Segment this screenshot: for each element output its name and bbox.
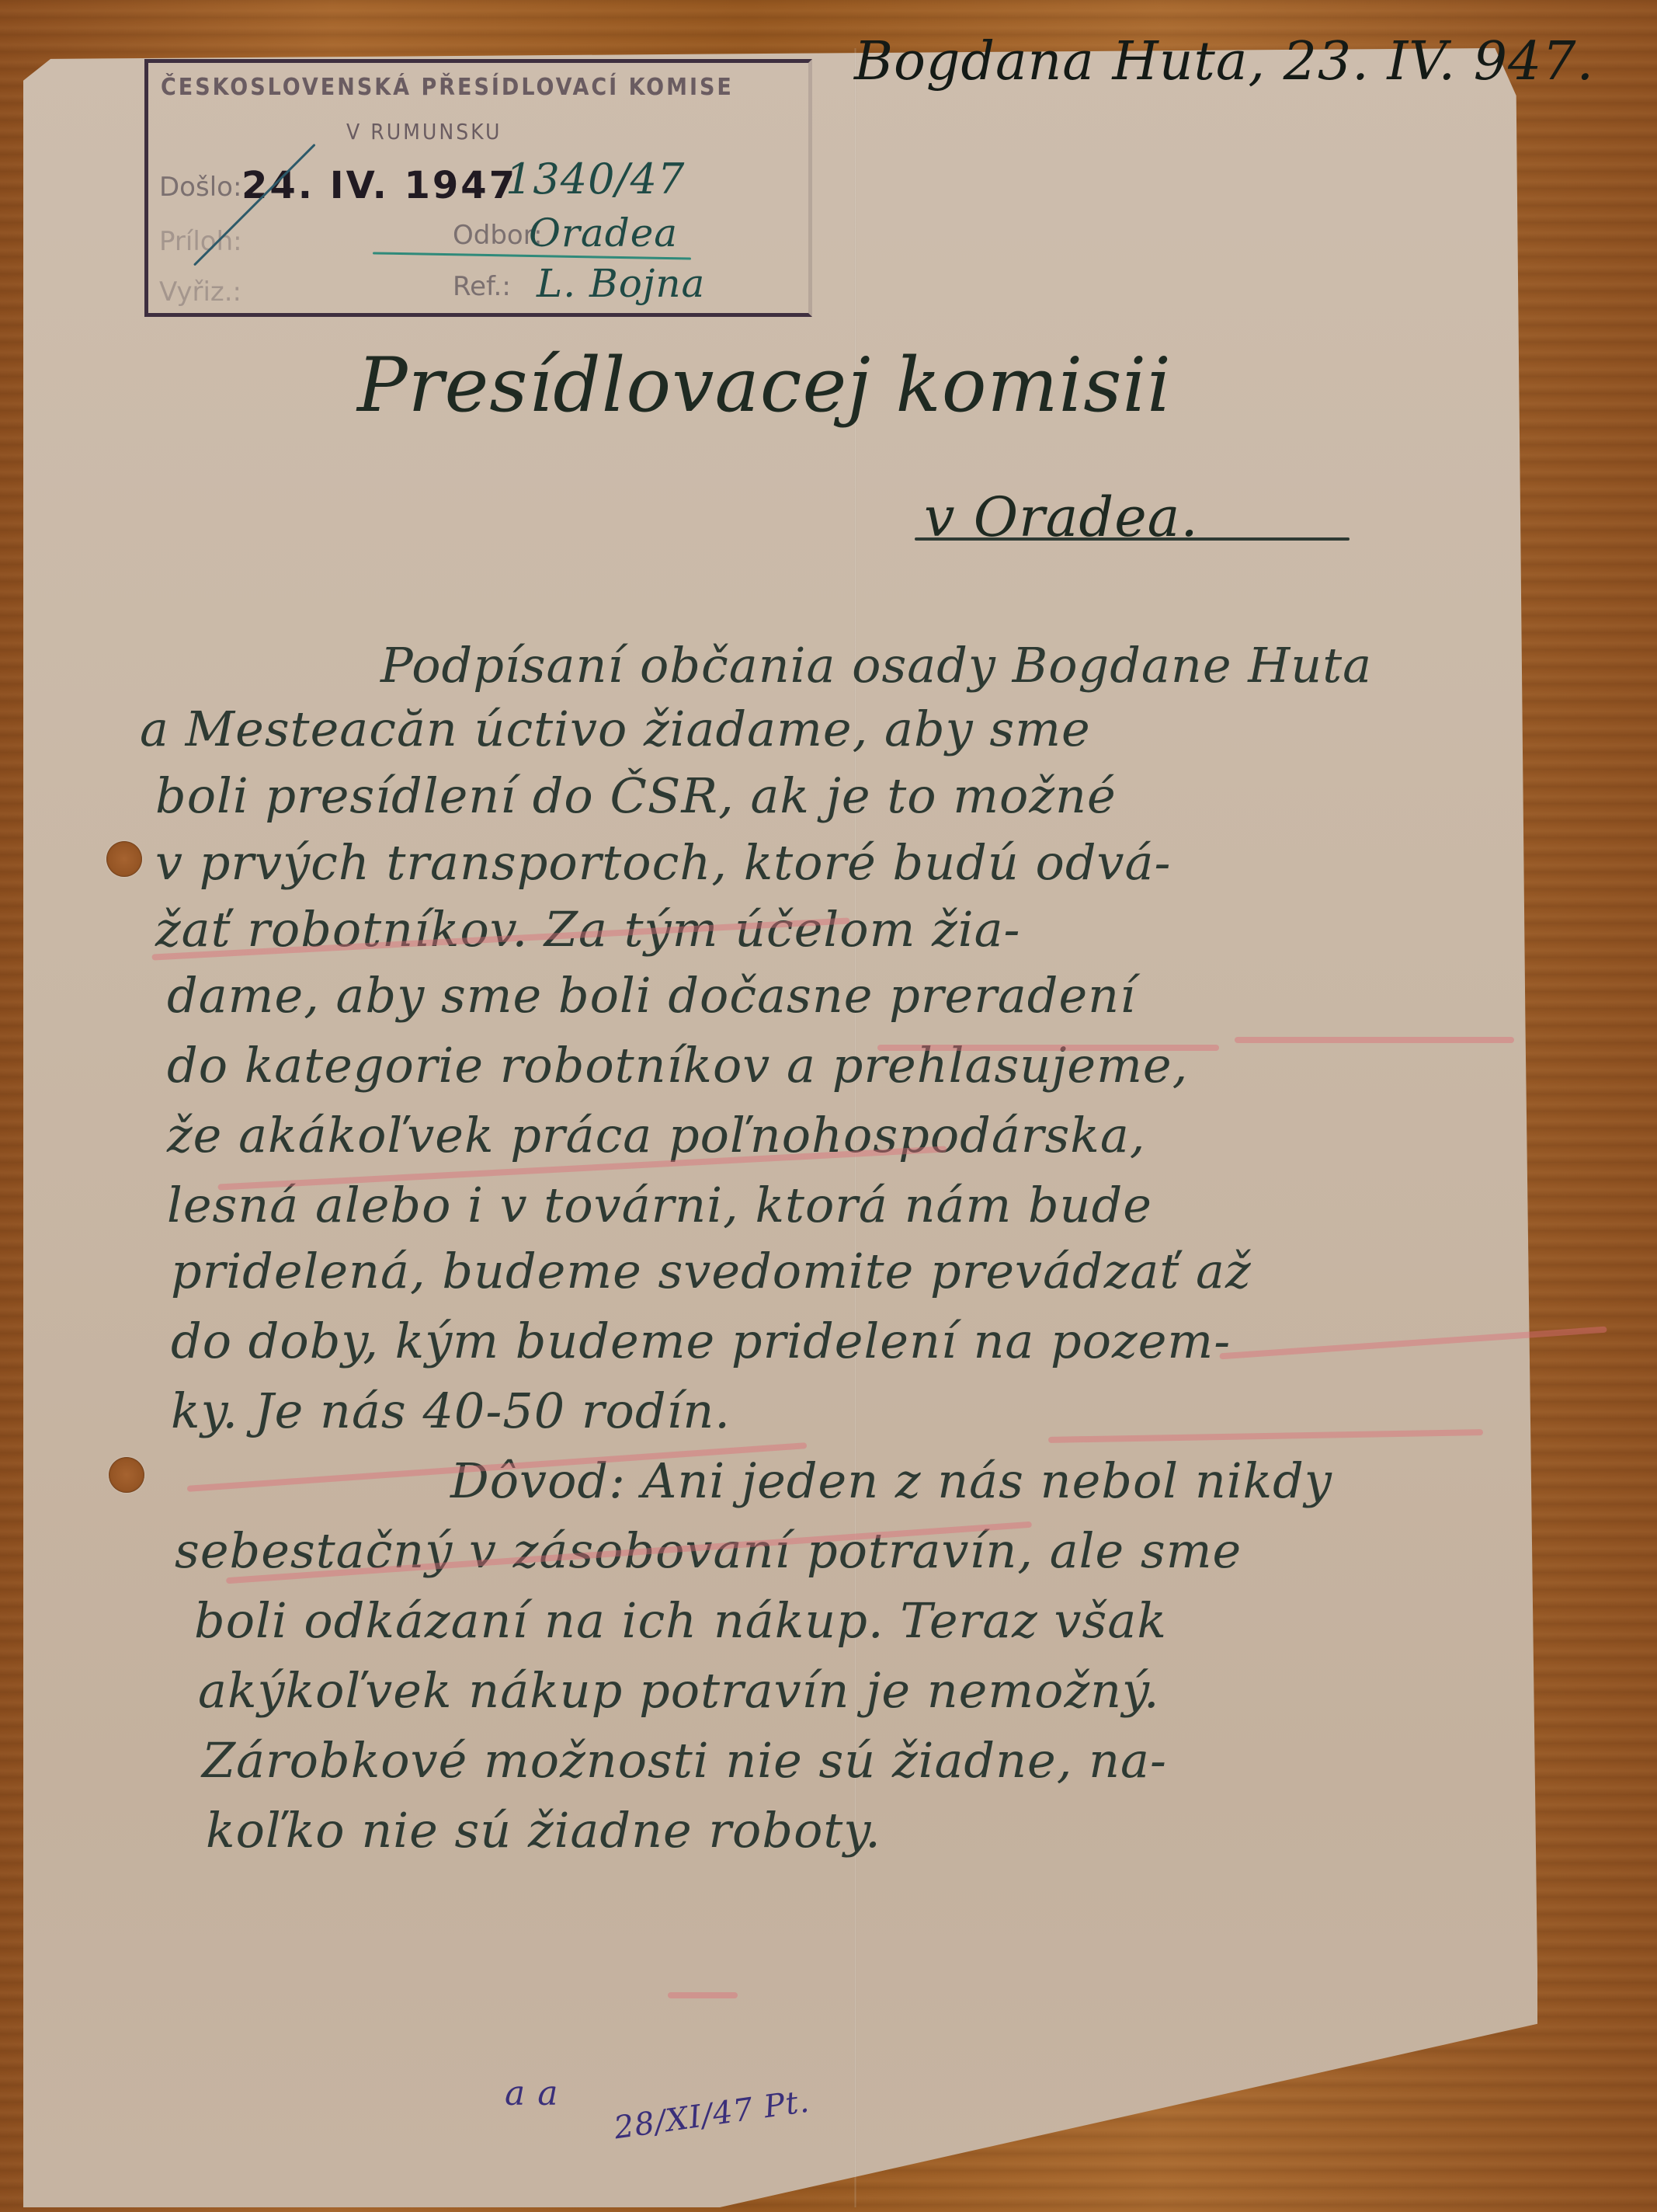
red-pencil-mark [1235, 1037, 1514, 1043]
stamp-received-label: Došlo: [159, 172, 241, 203]
punch-hole-bottom [109, 1457, 144, 1493]
body-line: Zárobkové možnosti nie sú žiadne, na- [202, 1732, 1167, 1789]
body-line: dame, aby sme boli dočasne preradení [167, 967, 1136, 1024]
body-line: ky. Je nás 40-50 rodín. [171, 1382, 731, 1439]
stamp-department-value: Oradea [529, 210, 678, 256]
addressee-line1: Presídlovacej komisii [357, 342, 1172, 429]
stamp-referent-label: Ref.: [453, 271, 511, 302]
body-line: v prvých transportoch, ktoré budú odvá- [155, 834, 1171, 891]
red-pencil-mark [877, 1045, 1219, 1051]
place-and-date: Bogdana Huta, 23. IV. 947. [854, 31, 1594, 92]
body-line: Podpísaní občania osady Bogdane Huta [380, 637, 1372, 694]
body-line: že akákoľvek práca poľnohospodárska, [167, 1107, 1146, 1163]
body-line: boli presídlení do ČSR, ak je to možné [155, 767, 1117, 824]
body-line: pridelená, budeme svedomite prevádzať až [171, 1243, 1252, 1299]
body-line: akýkoľvek nákup potravín je nemožný. [198, 1662, 1160, 1719]
stamp-referent-value: L. Bojna [537, 261, 705, 306]
footer-marks: a a [505, 2074, 558, 2113]
stamp-received-date: 24. IV. 1947 [241, 164, 517, 207]
addressee-underline [915, 537, 1350, 541]
body-line: boli odkázaní na ich nákup. Teraz však [194, 1592, 1167, 1649]
registry-stamp: ČESKOSLOVENSKÁ PŘESÍDLOVACÍ KOMISE V RUM… [144, 59, 812, 317]
stamp-header-line1: ČESKOSLOVENSKÁ PŘESÍDLOVACÍ KOMISE [161, 74, 734, 101]
red-pencil-mark [668, 1992, 738, 1998]
body-line: do doby, kým budeme pridelení na pozem- [171, 1313, 1231, 1369]
body-line: koľko nie sú žiadne roboty. [206, 1802, 881, 1859]
stamp-reference-number: 1340/47 [505, 155, 685, 203]
body-line: a Mesteacăn úctivo žiadame, aby sme [140, 701, 1091, 757]
stamp-disposal-label: Vyřiz.: [159, 276, 241, 308]
punch-hole-top [106, 841, 142, 877]
stamp-header-line2: V RUMUNSKU [346, 119, 502, 144]
